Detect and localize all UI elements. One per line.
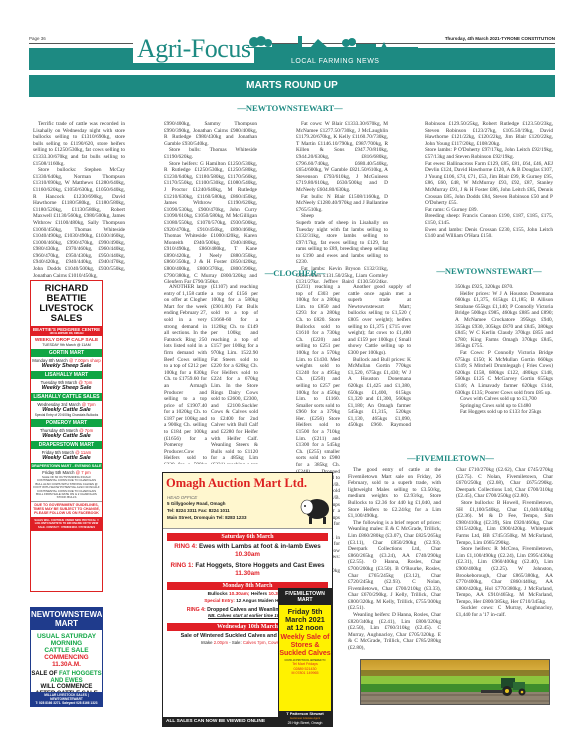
paragraph: Heifer prices: W J A Houston Donemana 66…	[455, 291, 553, 350]
paragraph: Breeding sheep: Francis Connon £190, £18…	[425, 213, 553, 226]
government-guidance: DUE TO GOVERNMENT GUIDELINES, TIMES MAY …	[31, 502, 102, 517]
paragraph: Fat Cows: P Connolly Victoria Bridge 675…	[455, 350, 553, 396]
paragraph: Fat ewes: Ballinacross Farm £129, £85, £…	[425, 161, 553, 207]
paragraph: Another good supply of cattle once again…	[348, 284, 411, 357]
section-heading-clogher: —CLOGHER—	[160, 268, 430, 278]
contact-numbers: Tel Mart Fridays02889 521430M 07801 1499…	[279, 662, 331, 676]
ad-line: SALE OF FAT HOGGETS AND EWES	[31, 671, 102, 684]
paragraph: Weanling heifers: D Hanna, Rosles, Char …	[348, 612, 441, 652]
ad-title-line: RICHARD BEATTIE	[45, 283, 89, 304]
pedigree-centre-band: BEATTIE'S PEDIGREE CENTRE 108 GLENPARK R…	[31, 326, 102, 336]
paragraph: Ewes and lambs: Denis Crossan £230, £155…	[425, 227, 553, 240]
article-lisahally-col1: Terrific trade of cattle was recorded in…	[33, 121, 125, 283]
article-clogher-col1: ANOTHER large entry of 1,158 cattle on o…	[164, 284, 207, 464]
article-lisahally-col2: £990/400kg, Sammy Thompson £990/390kg, J…	[164, 121, 257, 283]
sale-date: Friday 5thMarch 2021at 12 noon	[279, 608, 331, 632]
paragraph: The good entry of cattle at the Fivemile…	[348, 467, 441, 520]
sale-day-banner: Saturday 6th March	[167, 533, 328, 541]
article-lisahally-col4: Robinson £129.50/25kg, Robert Rutledge £…	[425, 121, 553, 266]
ad-richard-beattie: RICHARD BEATTIE LIVESTOCK SALES BEATTIE'…	[30, 280, 103, 592]
paragraph: Fat Hoggets sold up to £133 for 25kgs	[455, 409, 553, 416]
article-clogher-col2: (£1107) and reaching a top of £156 per 1…	[211, 284, 258, 464]
paragraph: Fat rams: G Gurney £89.	[425, 207, 553, 214]
mart-name: DRAPERSTOWN MART - EVENING SALE	[31, 463, 102, 469]
evening-sale-description: SALE OF 60 OUTSTANDING INCALF CONTINENTA…	[31, 475, 102, 502]
special-entry: Special Entry of 20 600kg Charolais Bull…	[31, 413, 102, 417]
section-heading-newtownstewart: —NEWTOWNSTEWART—	[190, 103, 390, 113]
paragraph: Store bullocks: B Howell, Fivemiletown, …	[456, 500, 553, 546]
ad-title: FIVEMILETOWN MART	[279, 589, 331, 605]
paragraph: Bullock and Bull prices: K McMullan Gort…	[348, 357, 411, 429]
paragraph: Fat cows: W Blair £1333.30/670kg, M McNa…	[296, 121, 388, 194]
ad-line: COMMENCING 11.30A.M.	[31, 654, 102, 668]
ad-line: CATTLE SALE	[31, 647, 102, 654]
article-newtownstewart-col2: 350kgs £925, 320kgs £870. Heifer prices:…	[455, 284, 553, 429]
page-number: Page 36	[29, 36, 46, 41]
tagline: LOCAL FARMING NEWS	[291, 58, 379, 65]
article-newtownstewart-col1: Another good supply of cattle once again…	[348, 284, 411, 429]
section-heading-fivemiletown: —FIVEMILETOWN—	[348, 453, 553, 463]
paragraph: Terrific trade of cattle was recorded in…	[33, 121, 125, 167]
centre-address: 108 GLENPARK RD, OMAGH	[31, 332, 102, 335]
ad-newtownstewart-mart: NEWTOWNSTEWART MART USUAL SATURDAY MORNI…	[30, 607, 103, 707]
paragraph: Robinson £129.50/25kg, Robert Rutledge £…	[425, 121, 553, 147]
paragraph: Store heifers: G Hamilton £1250/530kg, R…	[164, 161, 257, 283]
subheading: Sheep	[296, 213, 388, 220]
mart-name: GORTIN MART	[31, 349, 102, 357]
article-fivemiletown-col2: Char £710/270kg (£2.62), Char £745/270kg…	[456, 467, 553, 657]
ad-footer: MILLAR LIVESTOCK SALES | NEWTOWNSTEWARTT…	[31, 692, 102, 706]
section-heading-newtownstewart-2: —NEWTOWNSTEWART—	[425, 266, 553, 276]
hereford-cow-icon	[299, 493, 329, 525]
ad-fivemiletown-mart: FIVEMILETOWN MART Friday 5thMarch 2021at…	[278, 588, 332, 727]
ad-footer: SALES WILL CONTINUE UNDER NEW PROTOCAL !…	[31, 517, 102, 531]
sale-type: Weekly Sale ofStores &Suckled Calves	[279, 634, 331, 658]
tractor-field-photo	[360, 659, 550, 705]
ad-title: Omagh Auction Mart Ltd.	[163, 473, 332, 491]
article-fivemiletown-col1: The good entry of cattle at the Fivemile…	[348, 467, 441, 657]
paragraph: Store heifers: R McCrea, Fivemiletown, L…	[456, 546, 553, 605]
paragraph: Store lambs: P O'Doherty £97/17kg, John …	[425, 147, 553, 160]
ring-4-listing: RING 4: Ewes with Lambs at foot & in-lam…	[163, 543, 332, 559]
mart-sale-type: Weekly Cattle Sale	[31, 433, 102, 439]
paragraph: Fat bulls: N Blair £1508/1160kg, D McNee…	[296, 194, 388, 214]
agri-focus-logo: Agri-Focus	[133, 35, 254, 63]
mart-sale-type: Weekly Sheep Sale	[31, 385, 102, 391]
ad-footer: T Patterson StewartAuctioneer & Estate A…	[279, 711, 331, 726]
mart-name: DRAPERSTOWN MART	[31, 441, 102, 449]
mart-name: POMEROY MART	[31, 419, 102, 427]
mart-name: LISAHALLY CATTLE SALES	[31, 393, 102, 401]
ad-line: USUAL SATURDAY MORNING	[31, 633, 102, 647]
paragraph: Cows with Calves sold up to £1,700	[455, 396, 553, 403]
farm-silhouette-icon	[246, 36, 418, 48]
paragraph: Store bullocks: Stephen McCay £1330/640k…	[33, 167, 125, 279]
paragraph: ANOTHER large entry of 1,158 cattle on o…	[164, 284, 207, 464]
paragraph: The following is a brief report of price…	[348, 520, 441, 612]
drop-calf-when: TUESDAY 9th March @ 11AM	[31, 343, 102, 347]
paragraph: Store bulls: Thomas Whiteside £1190/620k…	[164, 147, 257, 160]
paragraph: Suckler cows: C Murray, Aughnacloy, £1,4…	[456, 605, 553, 618]
paragraph: 350kgs £925, 320kgs £870.	[455, 284, 553, 291]
ad-header: Omagh Auction Mart Ltd. HEAD OFFICE 5 Gi…	[163, 473, 332, 529]
tractor-icon	[361, 660, 550, 705]
mart-name: LISAHALLY MART	[31, 371, 102, 379]
ad-title: NEWTOWNSTEWART MART	[31, 608, 102, 630]
dateline: Thursday, 4th March 2021-TYRONE CONSTITU…	[445, 36, 555, 41]
mart-sale-type: Weekly Cattle Sale	[31, 455, 102, 461]
mart-sale-type: Weekly Sheep Sale	[31, 363, 102, 369]
paragraph: Char £710/270kg (£2.62), Char £745/270kg…	[456, 467, 553, 500]
ad-title-line: LIVESTOCK SALES	[39, 303, 93, 324]
masthead: Agri-Focus LOCAL FARMING NEWS	[29, 48, 555, 70]
paragraph: Superb trade of sheep in Lisahally on Tu…	[296, 220, 388, 266]
ring-1-listing: RING 1: Fat Hoggets, Store Hoggets and C…	[163, 562, 332, 578]
ad-line: WILL COMMENCE	[31, 684, 102, 691]
article-lisahally-col3: Fat cows: W Blair £1333.30/670kg, M McNa…	[296, 121, 388, 283]
paragraph: £990/400kg, Sammy Thompson £990/390kg, J…	[164, 121, 257, 147]
page-title: MARTS ROUND UP	[29, 75, 555, 97]
paragraph: (£1107) and reaching a top of £156 per 1…	[211, 284, 258, 464]
ad-title: RICHARD BEATTIE LIVESTOCK SALES	[31, 284, 102, 324]
